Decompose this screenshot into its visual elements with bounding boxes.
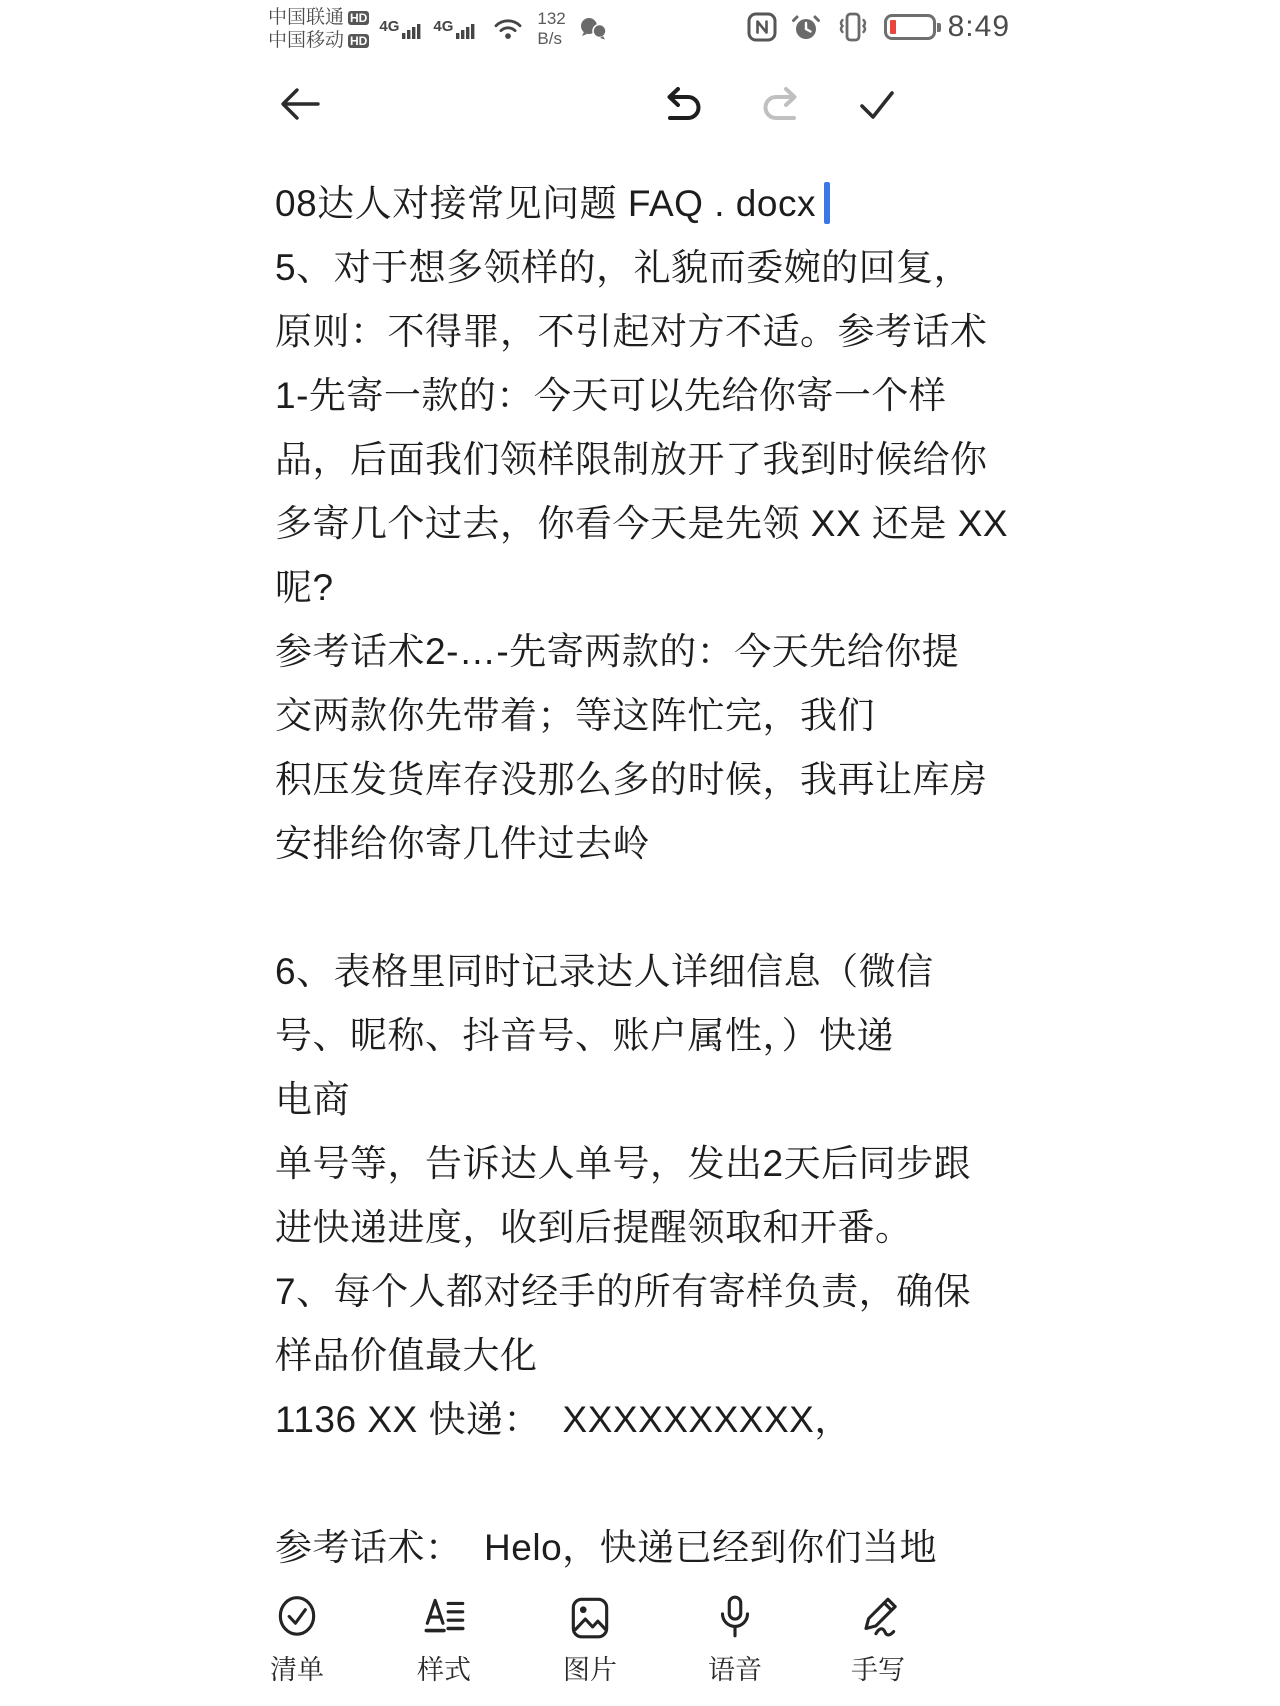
note-line: 原则：不得罪，不引起对方不适。参考话术 [275, 300, 1195, 364]
note-line: 参考话术2-…-先寄两款的：今天先给你提 [275, 620, 1195, 684]
handwriting-icon [853, 1592, 903, 1642]
insert-toolbar: 清单 样式 图片 语音 [0, 1592, 1280, 1702]
text-cursor [824, 182, 830, 224]
alarm-icon [790, 11, 822, 43]
network-speed-unit: B/s [537, 29, 565, 49]
note-line: 呢? [275, 556, 1195, 620]
checklist-button[interactable]: 清单 [227, 1592, 367, 1687]
note-line: 08达人对接常见问题 FAQ . docx [275, 172, 1195, 236]
wechat-icon [578, 16, 608, 42]
style-label: 样式 [417, 1648, 471, 1687]
image-icon [565, 1592, 615, 1642]
back-arrow-icon [272, 78, 324, 130]
note-line: 安排给你寄几件过去岭 [275, 812, 1195, 876]
network-type-2-label: 4G [433, 19, 453, 34]
nfc-icon [746, 11, 778, 43]
style-icon [419, 1592, 469, 1642]
checklist-icon [272, 1592, 322, 1642]
note-editor[interactable]: 08达人对接常见问题 FAQ . docx5、对于想多领样的，礼貌而委婉的回复，… [275, 172, 1195, 1580]
back-button[interactable] [272, 78, 324, 130]
checkmark-icon [850, 78, 902, 130]
note-line: 号、昵称、抖音号、账户属性，）快递 [275, 1004, 1195, 1068]
status-bar-left: 中国联通 HD 中国移动 HD 4G 4G [268, 6, 608, 52]
hd-badge-icon: HD [348, 34, 369, 48]
note-line: 7、每个人都对经手的所有寄样负责，确保 [275, 1260, 1195, 1324]
redo-icon [756, 78, 808, 130]
note-line: 单号等，告诉达人单号，发出2天后同步跟 [275, 1132, 1195, 1196]
note-line: 5、对于想多领样的，礼貌而委婉的回复， [275, 236, 1195, 300]
editor-toolbar [0, 72, 1280, 142]
note-line: 积压发货库存没那么多的时候，我再让库房 [275, 748, 1195, 812]
checklist-label: 清单 [270, 1648, 324, 1687]
network-type-1-label: 4G [379, 19, 399, 34]
handwriting-button[interactable]: 手写 [808, 1592, 948, 1687]
notes-app-screen: 中国联通 HD 中国移动 HD 4G 4G [0, 0, 1280, 1706]
battery-level-low [890, 20, 896, 34]
undo-icon [656, 78, 708, 130]
note-line: 1-先寄一款的：今天可以先给你寄一个样 [275, 364, 1195, 428]
network-speed: 132 B/s [537, 9, 565, 49]
battery-icon [884, 14, 936, 40]
wifi-icon [493, 17, 523, 41]
voice-label: 语音 [708, 1648, 762, 1687]
undo-button[interactable] [656, 78, 708, 130]
image-label: 图片 [563, 1648, 617, 1687]
status-bar: 中国联通 HD 中国移动 HD 4G 4G [0, 0, 1280, 58]
carrier-names: 中国联通 HD 中国移动 HD [268, 6, 369, 52]
note-line [275, 1452, 1195, 1516]
note-line: 电商 [275, 1068, 1195, 1132]
carrier-2-label: 中国移动 [268, 29, 344, 52]
note-line: 品，后面我们领样限制放开了我到时候给你 [275, 428, 1195, 492]
vibrate-icon [834, 10, 872, 44]
signal-strength-1: 4G [379, 19, 423, 40]
signal-bars-icon [401, 20, 423, 40]
network-speed-value: 132 [537, 9, 565, 29]
style-button[interactable]: 样式 [374, 1592, 514, 1687]
note-line: 多寄几个过去，你看今天是先领 XX 还是 XX [275, 492, 1195, 556]
note-line: 样品价值最大化 [275, 1324, 1195, 1388]
carrier-1-label: 中国联通 [268, 6, 344, 29]
voice-button[interactable]: 语音 [665, 1592, 805, 1687]
note-line: 1136 XX 快递： XXXXXXXXXX， [275, 1388, 1195, 1452]
voice-icon [710, 1592, 760, 1642]
signal-strength-2: 4G [433, 19, 477, 40]
note-line [275, 876, 1195, 940]
signal-bars-icon [455, 20, 477, 40]
clock-time: 8:49 [948, 10, 1010, 44]
redo-button[interactable] [756, 78, 808, 130]
image-button[interactable]: 图片 [520, 1592, 660, 1687]
handwriting-label: 手写 [851, 1648, 905, 1687]
note-line: 6、表格里同时记录达人详细信息（微信 [275, 940, 1195, 1004]
note-line: 参考话术： Helo，快递已经到你们当地 [275, 1516, 1195, 1580]
note-line: 交两款你先带着；等这阵忙完，我们 [275, 684, 1195, 748]
confirm-button[interactable] [850, 78, 902, 130]
hd-badge-icon: HD [348, 11, 369, 25]
status-bar-right: 8:49 [746, 10, 1010, 44]
note-line: 进快递进度，收到后提醒领取和开番。 [275, 1196, 1195, 1260]
